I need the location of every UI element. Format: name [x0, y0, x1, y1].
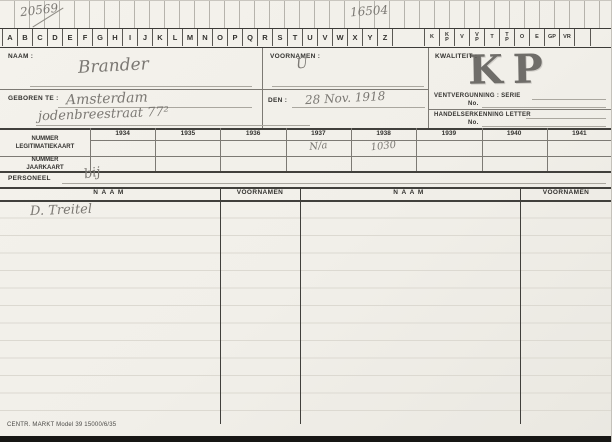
- ventvergunning-serie-line: [532, 99, 606, 100]
- den-label: DEN :: [268, 97, 287, 104]
- personeel-label: PERSONEEL: [8, 175, 51, 182]
- staff-table-header-cell: VOORNAMEN: [520, 189, 612, 200]
- top-index-strip: 20569 16504: [0, 0, 612, 29]
- category-code-cell: T: [485, 29, 500, 46]
- handwritten-adres: jodenbreestraat 77²: [38, 105, 169, 125]
- registration-card: 20569 16504 ABCDEFGHIJKLMNOPQRSTUVWXYZ K…: [0, 0, 612, 442]
- geboren-te-label: GEBOREN TE :: [8, 95, 59, 102]
- handwritten-staff-naam: D. Treitel: [30, 202, 93, 219]
- alphabet-cell: E: [63, 29, 78, 46]
- category-code-cell: K P: [440, 29, 455, 46]
- alphabet-cell: Z: [378, 29, 393, 46]
- handwritten-voornamen: U: [295, 55, 308, 72]
- den-fill-line: [292, 107, 425, 108]
- alphabet-cell: C: [33, 29, 48, 46]
- staff-table-header-cell: NAAM: [300, 189, 520, 200]
- handelserkenning-no-line: [482, 126, 606, 127]
- adres-fill-line: [36, 125, 310, 126]
- alphabet-cell: L: [168, 29, 183, 46]
- handwritten-card-number-left: 20569: [19, 1, 59, 20]
- alphabet-cell: F: [78, 29, 93, 46]
- personeel-fill-line: [62, 183, 606, 184]
- alphabet-cell: H: [108, 29, 123, 46]
- category-code-cell: K: [425, 29, 440, 46]
- alphabet-cell: S: [273, 29, 288, 46]
- kwaliteit-stamp: KP: [468, 45, 554, 93]
- label-line: LEGITIMATIEKAART: [16, 143, 75, 151]
- alphabet-cell: Q: [243, 29, 258, 46]
- alphabet-cell: U: [303, 29, 318, 46]
- staff-column-divider: [220, 187, 221, 424]
- category-code-cells: KK PVV PTT POEGPVR: [424, 29, 575, 46]
- category-code-cell: V P: [470, 29, 485, 46]
- label-line: NUMMER: [32, 156, 59, 164]
- category-code-cell: VR: [560, 29, 575, 46]
- staff-column-divider: [300, 187, 301, 424]
- alphabet-cell: N: [198, 29, 213, 46]
- year-value-row: N/a1030: [90, 141, 612, 156]
- ventvergunning-label: VENTVERGUNNING : SERIE: [434, 93, 521, 99]
- handwritten-den-date: 28 Nov. 1918: [305, 89, 386, 107]
- alphabet-cell: P: [228, 29, 243, 46]
- nummer-jaarkaart-label: NUMMER JAARKAART: [0, 156, 90, 171]
- field-divider: [262, 48, 263, 128]
- naam-label: NAAM :: [8, 53, 33, 60]
- permit-box-divider: [428, 109, 612, 110]
- category-code-cell: V: [455, 29, 470, 46]
- form-model-print: CENTR. MARKT Model 39 15000/6/35: [7, 422, 116, 428]
- alphabet-cell: K: [153, 29, 168, 46]
- handwritten-personeel: bij: [83, 165, 102, 183]
- handwritten-naam: Brander: [78, 54, 150, 78]
- category-code-cell: GP: [545, 29, 560, 46]
- code-cell-divider: [590, 29, 591, 46]
- handelserkenning-letter-line: [526, 118, 606, 119]
- nummer-legitimatiekaart-label: NUMMER LEGITIMATIEKAART: [0, 129, 90, 156]
- voornamen-fill-line: [272, 86, 424, 87]
- category-code-cell: O: [515, 29, 530, 46]
- alphabet-cell: A: [3, 29, 18, 46]
- naam-fill-line: [30, 86, 252, 87]
- alphabet-cells: ABCDEFGHIJKLMNOPQRSTUVWXYZ: [2, 29, 393, 46]
- field-divider: [428, 48, 429, 128]
- label-line: JAARKAART: [26, 164, 63, 172]
- alphabet-cell: M: [183, 29, 198, 46]
- alphabet-cell: I: [123, 29, 138, 46]
- alphabet-cell: O: [213, 29, 228, 46]
- staff-table-header-cell: VOORNAMEN: [220, 189, 300, 200]
- alphabet-cell: T: [288, 29, 303, 46]
- handelserkenning-label: HANDELSERKENNING LETTER: [434, 112, 531, 118]
- category-code-cell: T P: [500, 29, 515, 46]
- alphabet-cell: D: [48, 29, 63, 46]
- alphabet-cell: G: [93, 29, 108, 46]
- alphabet-cell: V: [318, 29, 333, 46]
- handelserkenning-no-label: No.: [468, 120, 479, 126]
- category-code-cell: E: [530, 29, 545, 46]
- alphabet-cell: Y: [363, 29, 378, 46]
- alphabet-cell: B: [18, 29, 33, 46]
- handwritten-card-number-right: 16504: [350, 3, 389, 20]
- ventvergunning-no-line: [482, 107, 606, 108]
- alphabet-cell: X: [348, 29, 363, 46]
- alphabet-cell: R: [258, 29, 273, 46]
- label-line: NUMMER: [32, 135, 59, 143]
- staff-table-header-cell: NAAM: [0, 189, 220, 200]
- scan-bottom-edge: [0, 436, 612, 442]
- alphabet-cell: W: [333, 29, 348, 46]
- ventvergunning-no-label: No.: [468, 101, 479, 107]
- staff-column-divider: [520, 187, 521, 424]
- alphabet-cell: J: [138, 29, 153, 46]
